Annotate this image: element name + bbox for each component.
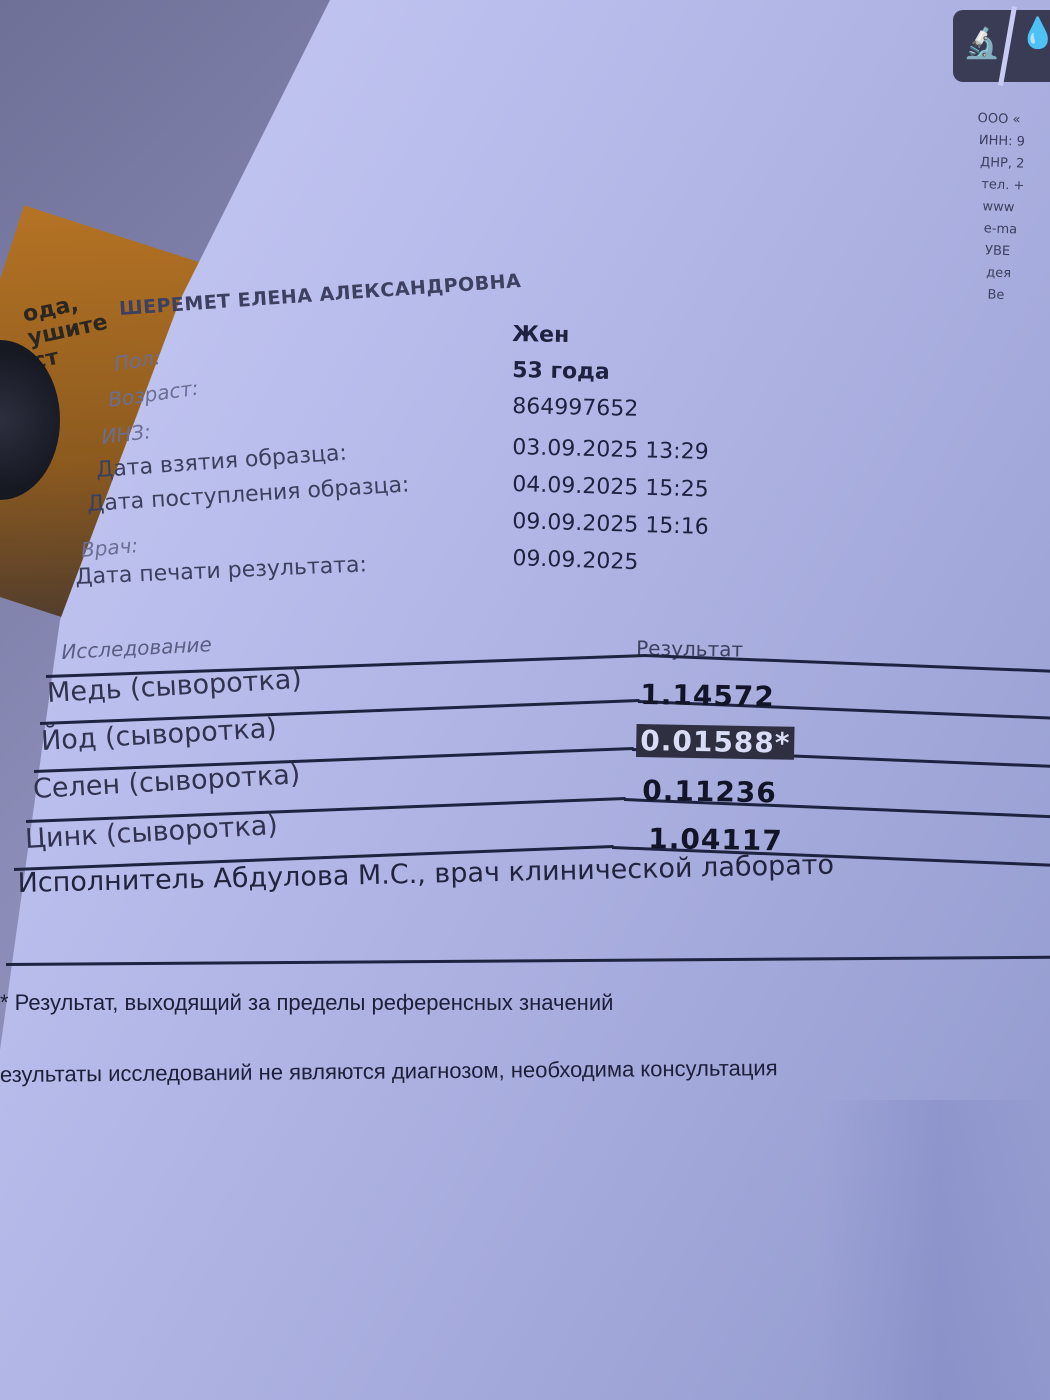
table-row-test: Цинк (сыворотка)	[24, 810, 278, 855]
report-content: ШЕРЕМЕТ ЕЛЕНА АЛЕКСАНДРОВНА Пол:ЖенВозра…	[0, 0, 1050, 1400]
field-value: 864997652	[512, 394, 639, 422]
field-value: 53 года	[512, 358, 610, 385]
result-value: 0.11236	[642, 774, 777, 809]
field-value: 03.09.2025 13:29	[512, 435, 709, 465]
reference-note: * Результат, выходящий за пределы рефере…	[0, 990, 613, 1016]
field-label: Дата взятия образца:	[95, 441, 347, 483]
footer-divider	[6, 956, 1050, 966]
field-value: 09.09.2025 15:16	[512, 509, 709, 540]
field-value: Жен	[512, 322, 569, 348]
field-value: 04.09.2025 15:25	[512, 472, 709, 502]
field-label: Пол:	[112, 345, 162, 376]
flagged-result-value: 0.01588*	[636, 724, 795, 760]
field-label: Врач:	[80, 533, 139, 562]
table-row-test: Йод (сыворотка)	[40, 713, 277, 757]
table-row-test: Медь (сыворотка)	[46, 664, 302, 709]
column-header-test: Исследование	[61, 632, 213, 664]
field-label: Возраст:	[107, 376, 200, 412]
result-value: 1.14572	[640, 678, 775, 713]
field-value: 09.09.2025	[512, 546, 639, 575]
table-row-divider	[644, 654, 1050, 673]
disclaimer-note: езультаты исследований не являются диагн…	[0, 1055, 778, 1088]
executor-line: Исполнитель Абдулова М.С., врач клиничес…	[17, 849, 834, 899]
field-label: ИНЗ:	[100, 419, 152, 449]
table-row-test: Селен (сыворотка)	[32, 759, 301, 805]
patient-name: ШЕРЕМЕТ ЕЛЕНА АЛЕКСАНДРОВНА	[118, 270, 521, 320]
